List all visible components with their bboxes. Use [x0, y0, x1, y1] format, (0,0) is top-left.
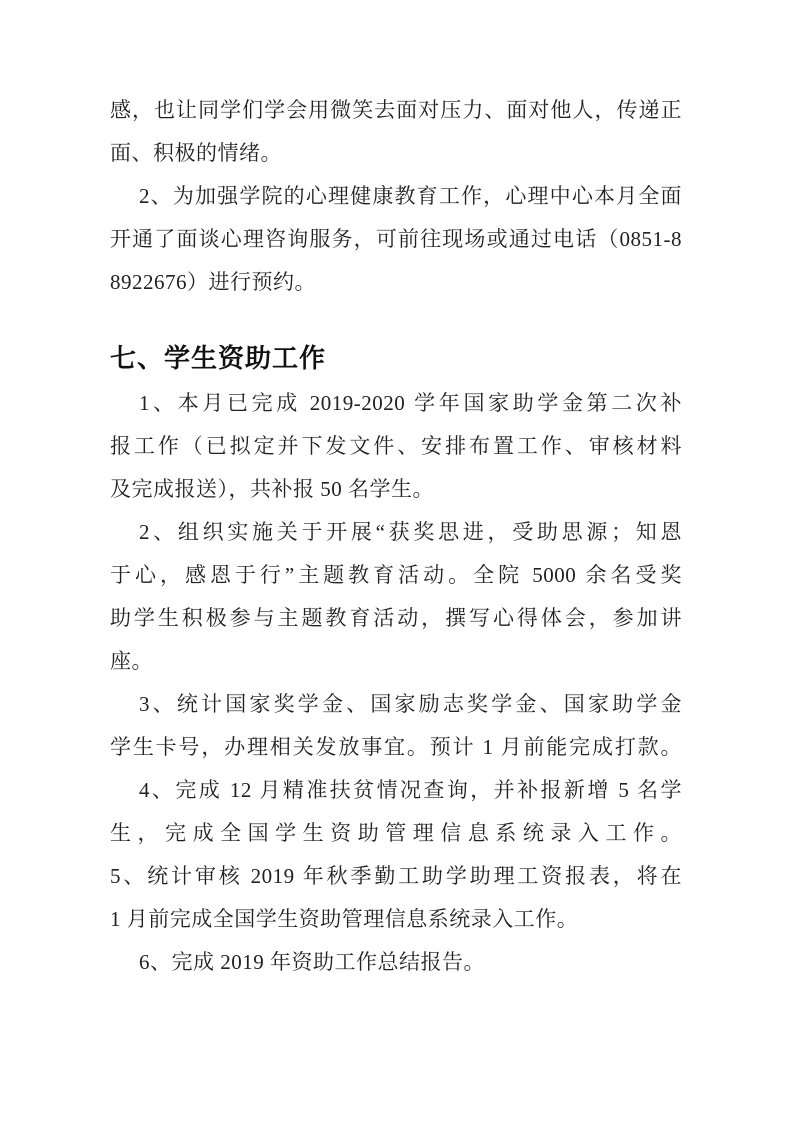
document-content: 感，也让同学们学会用微笑去面对压力、面对他人，传递正 面、积极的情绪。 2、为加… — [110, 89, 682, 984]
section7-item3: 3、统计国家奖学金、国家励志奖学金、国家助学金 学生卡号，办理相关发放事宜。预计… — [110, 683, 682, 769]
text-line: 6、完成 2019 年资助工作总结报告。 — [110, 941, 682, 984]
text-line: 报工作（已拟定并下发文件、安排布置工作、审核材料 — [110, 425, 682, 468]
text-line: 2、为加强学院的心理健康教育工作，心理中心本月全面 — [110, 175, 682, 218]
text-line: 生，完成全国学生资助管理信息系统录入工作。 — [110, 812, 682, 855]
section7-item6: 6、完成 2019 年资助工作总结报告。 — [110, 941, 682, 984]
text-line: 开通了面谈心理咨询服务，可前往现场或通过电话（0851-8 — [110, 218, 682, 261]
text-line: 3、统计国家奖学金、国家励志奖学金、国家助学金 — [110, 683, 682, 726]
text-line: 于心，感恩于行”主题教育活动。全院 5000 余名受奖 — [110, 554, 682, 597]
text-line: 5、统计审核 2019 年秋季勤工助学助理工资报表，将在 — [110, 855, 682, 898]
section7-heading: 七、学生资助工作 — [110, 337, 682, 380]
text-line: 座。 — [110, 640, 682, 683]
text-line: 及完成报送），共补报 50 名学生。 — [110, 468, 682, 511]
continuation-paragraph: 感，也让同学们学会用微笑去面对压力、面对他人，传递正 面、积极的情绪。 — [110, 89, 682, 175]
text-line: 1 月前完成全国学生资助管理信息系统录入工作。 — [110, 898, 682, 941]
text-line: 感，也让同学们学会用微笑去面对压力、面对他人，传递正 — [110, 89, 682, 132]
section7-item1: 1、本月已完成 2019-2020 学年国家助学金第二次补 报工作（已拟定并下发… — [110, 382, 682, 511]
section7-item4-5: 4、完成 12 月精准扶贫情况查询，并补报新增 5 名学 生，完成全国学生资助管… — [110, 769, 682, 941]
text-line: 助学生积极参与主题教育活动，撰写心得体会，参加讲 — [110, 597, 682, 640]
text-line: 2、组织实施关于开展“获奖思进，受助思源；知恩 — [110, 511, 682, 554]
text-line: 4、完成 12 月精准扶贫情况查询，并补报新增 5 名学 — [110, 769, 682, 812]
text-line: 8922676）进行预约。 — [110, 261, 682, 304]
section7-item2: 2、组织实施关于开展“获奖思进，受助思源；知恩 于心，感恩于行”主题教育活动。全… — [110, 511, 682, 683]
text-line: 1、本月已完成 2019-2020 学年国家助学金第二次补 — [110, 382, 682, 425]
psych-counseling-paragraph: 2、为加强学院的心理健康教育工作，心理中心本月全面 开通了面谈心理咨询服务，可前… — [110, 175, 682, 304]
text-line: 面、积极的情绪。 — [110, 132, 682, 175]
text-line: 学生卡号，办理相关发放事宜。预计 1 月前能完成打款。 — [110, 726, 682, 769]
document-page: 感，也让同学们学会用微笑去面对压力、面对他人，传递正 面、积极的情绪。 2、为加… — [0, 0, 793, 1122]
